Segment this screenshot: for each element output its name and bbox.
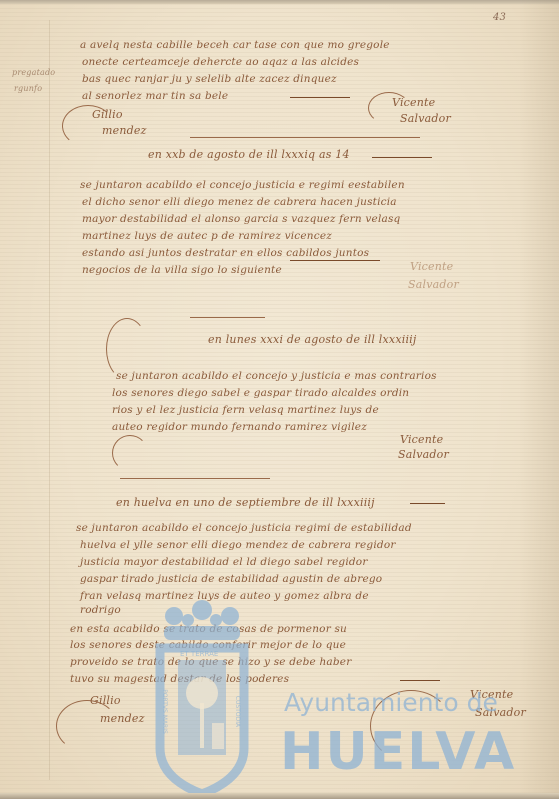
signature-flourish <box>56 700 118 752</box>
watermark-ayuntamiento: Ayuntamiento de <box>284 688 498 717</box>
text-line: mayor destabilidad el alonso garcia s va… <box>82 212 400 227</box>
crest-motto-right: CUSTODIA <box>234 696 241 727</box>
signature: Vicente <box>410 260 453 273</box>
manuscript-page: 43 pregatado rgunfo a avelq nesta cabill… <box>0 0 559 799</box>
crest-motto-left: PORTVS MARIS <box>161 689 168 734</box>
entry-heading: en lunes xxxi de agosto de ill lxxxiiij <box>208 333 417 346</box>
text-line: justicia mayor destabilidad el ld diego … <box>80 555 368 570</box>
line-filler-rule <box>290 97 350 98</box>
text-line: onecte certeamceje dehercte ao aqaz a la… <box>82 55 359 70</box>
text-line: rodrigo <box>80 603 121 618</box>
text-line: auteo regidor mundo fernando ramirez vig… <box>112 420 367 435</box>
signature: Salvador <box>408 278 459 291</box>
text-line: rios y el lez justicia fern velasq marti… <box>112 403 379 418</box>
heading-rule <box>372 157 432 158</box>
text-line: se juntaron acabildo el concejo y justic… <box>116 369 437 384</box>
folio-number: 43 <box>493 12 506 23</box>
section-divider <box>120 478 270 479</box>
crest-motto-top: ET TERRAE <box>180 650 218 658</box>
margin-note-line: pregatado <box>12 68 55 77</box>
page-bottom-edge <box>0 793 559 799</box>
line-filler-rule <box>400 680 440 681</box>
text-line: se juntaron acabildo el concejo justicia… <box>80 178 405 193</box>
text-line: gaspar tirado justicia de estabilidad ag… <box>80 572 382 587</box>
page-top-edge <box>0 0 559 4</box>
notary-mark-flourish <box>112 435 148 471</box>
text-line: al senorlez mar tin sa bele <box>82 89 228 104</box>
text-line: los senores diego sabel e gaspar tirado … <box>112 386 409 401</box>
text-line: se juntaron acabildo el concejo justicia… <box>76 521 412 536</box>
text-line: a avelq nesta cabille beceh car tase con… <box>80 38 390 53</box>
huelva-crest-watermark: ET TERRAE PORTVS MARIS CUSTODIA <box>152 598 252 798</box>
text-line: huelva el ylle senor elli diego mendez d… <box>80 538 396 553</box>
text-line: negocios de la villa sigo lo siguiente <box>82 263 282 278</box>
text-line: martinez luys de autec p de ramirez vice… <box>82 229 332 244</box>
signature: Vicente <box>400 433 443 446</box>
signature-flourish <box>62 105 114 147</box>
text-line: estando asi juntos destratar en ellos ca… <box>82 246 369 261</box>
watermark-huelva: HUELVA <box>280 722 516 782</box>
entry-heading: en xxb de agosto de ill lxxxiq as 14 <box>148 148 350 161</box>
entry-heading: en huelva en uno de septiembre de ill lx… <box>116 496 375 509</box>
section-divider <box>190 317 265 318</box>
paragraph-mark-flourish <box>106 318 148 380</box>
margin-fold-line <box>49 20 50 780</box>
text-line: bas quec ranjar ju y selelib alte zacez … <box>82 72 337 87</box>
page-edge-shadow <box>519 0 559 799</box>
text-line: el dicho senor elli diego menez de cabre… <box>82 195 397 210</box>
section-divider <box>190 137 420 138</box>
heading-rule <box>410 503 445 504</box>
signature-flourish <box>368 92 410 124</box>
margin-note-line: rgunfo <box>14 84 42 93</box>
line-filler-rule <box>290 260 380 261</box>
signature: Salvador <box>398 448 449 461</box>
